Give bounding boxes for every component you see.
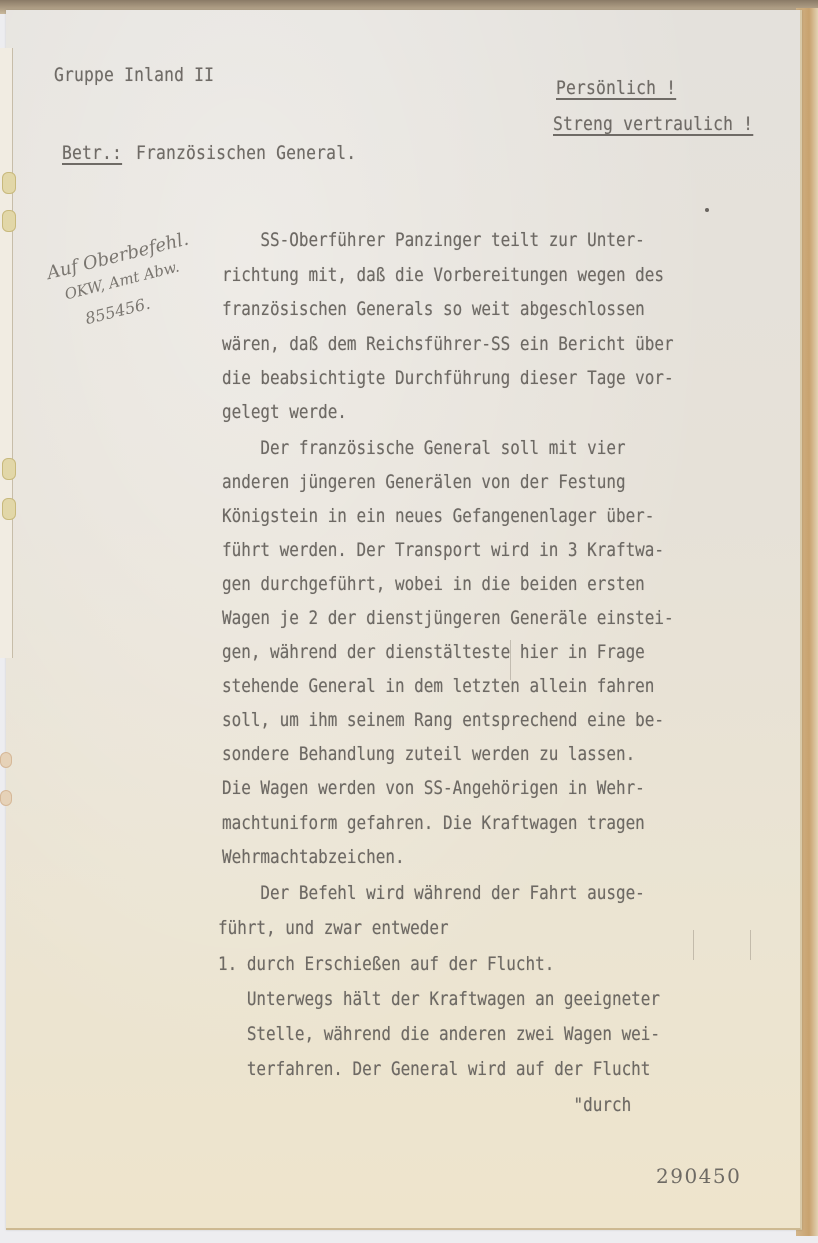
body-line: machtuniform gefahren. Die Kraftwagen tr… xyxy=(222,812,645,834)
body-line: Der französische General soll mit vier xyxy=(222,437,626,459)
body-line: führt, und zwar entweder xyxy=(218,917,449,939)
body-line: stehende General in dem letzten allein f… xyxy=(222,675,654,697)
archive-number: 290450 xyxy=(656,1164,741,1188)
body-line: die beabsichtigte Durchführung dieser Ta… xyxy=(222,367,674,389)
body-line: gen durchgeführt, wobei in die beiden er… xyxy=(222,573,645,595)
punch-hole-icon xyxy=(2,172,16,194)
handwritten-line: 855456. xyxy=(83,294,152,328)
body-line: Wehrmachtabzeichen. xyxy=(222,846,405,868)
body-line: sondere Behandlung zuteil werden zu lass… xyxy=(222,743,635,765)
body-line: französischen Generals so weit abgeschlo… xyxy=(222,298,645,320)
body-line: Stelle, während die anderen zwei Wagen w… xyxy=(218,1023,660,1045)
body-line: Königstein in ein neues Gefangenenlager … xyxy=(222,505,654,527)
body-line: soll, um ihm seinem Rang entsprechend ei… xyxy=(222,709,664,731)
body-line: SS-Oberführer Panzinger teilt zur Unter- xyxy=(222,229,645,251)
punch-hole-icon xyxy=(2,210,16,232)
punch-hole-icon xyxy=(0,790,12,806)
body-line: "durch xyxy=(218,1094,631,1116)
department-heading: Gruppe Inland II xyxy=(54,64,214,86)
body-line: gen, während der dienstälteste hier in F… xyxy=(222,641,645,663)
body-line: wären, daß dem Reichsführer-SS ein Beric… xyxy=(222,333,674,355)
body-line: Der Befehl wird während der Fahrt ausge- xyxy=(222,882,645,904)
scan-artifact xyxy=(510,640,511,680)
body-line: gelegt werde. xyxy=(222,401,347,423)
punch-hole-icon xyxy=(2,498,16,520)
scanned-page: Gruppe Inland II Persönlich ! Streng ver… xyxy=(0,0,818,1243)
scan-artifact xyxy=(693,930,694,960)
body-line: Wagen je 2 der dienstjüngeren Generäle e… xyxy=(222,607,674,629)
scan-artifact xyxy=(750,930,751,960)
body-line: führt werden. Der Transport wird in 3 Kr… xyxy=(222,539,664,561)
classification-personal: Persönlich ! xyxy=(556,77,676,99)
punch-hole-icon xyxy=(0,752,12,768)
subject-label: Betr.: xyxy=(62,142,122,164)
ink-dot xyxy=(705,208,709,212)
body-line: Unterwegs hält der Kraftwagen an geeigne… xyxy=(218,988,660,1010)
body-line: richtung mit, daß die Vorbereitungen weg… xyxy=(222,264,664,286)
subject-text: Französischen General. xyxy=(136,142,356,164)
body-line: 1. durch Erschießen auf der Flucht. xyxy=(218,953,554,975)
body-line: anderen jüngeren Generälen von der Festu… xyxy=(222,471,626,493)
body-line: terfahren. Der General wird auf der Fluc… xyxy=(218,1058,650,1080)
punch-hole-icon xyxy=(2,458,16,480)
classification-confidential: Streng vertraulich ! xyxy=(553,113,753,135)
body-line: Die Wagen werden von SS-Angehörigen in W… xyxy=(222,777,645,799)
binder-strip xyxy=(0,48,13,658)
